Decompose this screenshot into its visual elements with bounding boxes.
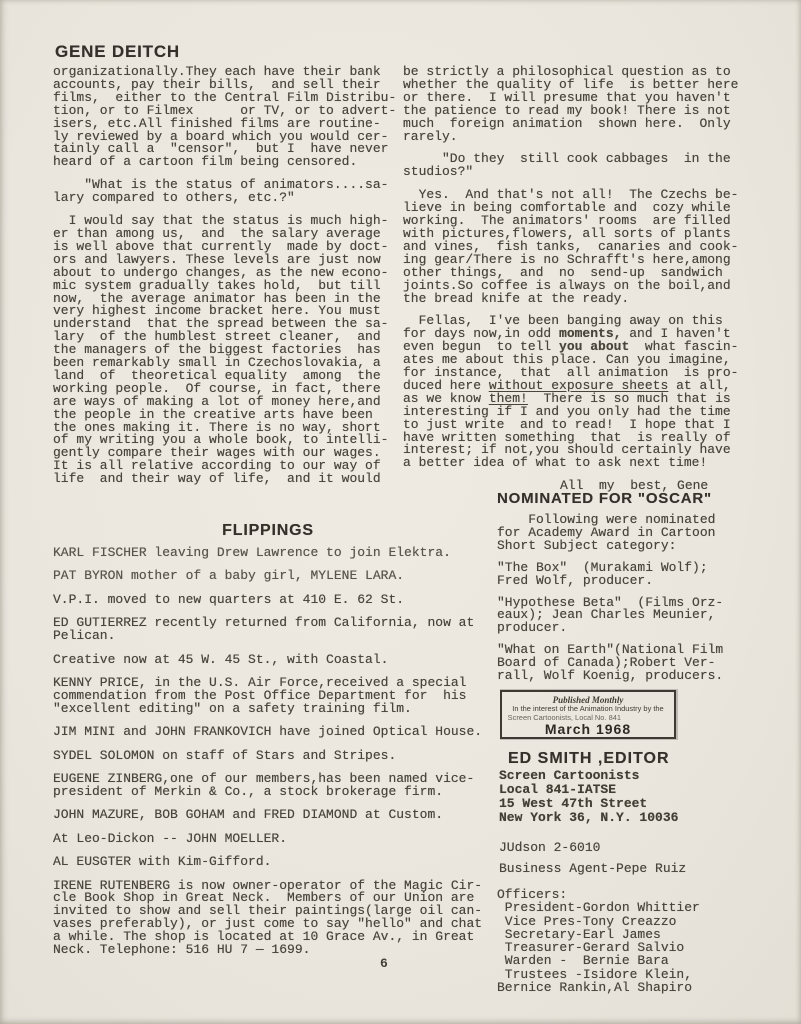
flippings-list: KARL FISCHER leaving Drew Lawrence to jo… [53,547,513,967]
flippings-item: ED GUTIERREZ recently returned from Cali… [53,617,513,643]
article-left-column: organizationally.They each have their ba… [53,66,403,486]
flippings-item: KENNY PRICE, in the U.S. Air Force,recei… [53,677,513,716]
editor-address: Screen Cartoonists Local 841-IATSE 15 We… [499,769,678,825]
article-paragraph: Fellas, I've been banging away on this f… [403,315,778,470]
article-right-column: be strictly a philosophical question as … [403,66,778,493]
oscar-entry: "The Box" (Murakami Wolf); Fred Wolf, pr… [497,562,787,588]
officers-list: Officers: President-Gordon Whittier Vice… [497,888,700,994]
editor-phone: JUdson 2-6010 [499,842,600,855]
flippings-title: FLIPPINGS [53,522,483,540]
article-paragraph: be strictly a philosophical question as … [403,66,778,143]
flippings-item: EUGENE ZINBERG,one of our members,has be… [53,773,513,799]
flippings-item: AL EUSGTER with Kim-Gifford. [53,856,513,869]
oscar-section: NOMINATED FOR "OSCAR" Following were nom… [497,490,787,683]
flippings-item: IRENE RUTENBERG is now owner-operator of… [53,880,513,957]
oscar-intro: Following were nominated for Academy Awa… [497,514,787,553]
flippings-item: PAT BYRON mother of a baby girl, MYLENE … [53,570,513,583]
flippings-item: KARL FISCHER leaving Drew Lawrence to jo… [53,547,513,560]
masthead-local-line: Screen Cartoonists, Local No. 841 [508,714,669,722]
masthead-box: Published Monthly In the interest of the… [500,690,676,739]
flippings-item: Creative now at 45 W. 45 St., with Coast… [53,654,513,667]
article-paragraph: Yes. And that's not all! The Czechs be- … [403,189,778,305]
flippings-item: SYDEL SOLOMON on staff of Stars and Stri… [53,750,513,763]
business-agent: Business Agent-Pepe Ruiz [499,863,686,876]
flippings-item: JOHN MAZURE, BOB GOHAM and FRED DIAMOND … [53,809,513,822]
oscar-entry: "What on Earth"(National Film Board of C… [497,644,787,683]
flippings-item: V.P.I. moved to new quarters at 410 E. 6… [53,594,513,607]
masthead-date: March 1968 [506,722,670,737]
article-paragraph: I would say that the status is much high… [53,215,403,486]
article-paragraph: "Do they still cook cabbages in the stud… [403,153,778,179]
newsletter-page: GENE DEITCH organizationally.They each h… [0,0,801,1024]
article-paragraph: "What is the status of animators....sa- … [53,179,403,205]
flippings-item: At Leo-Dickon -- JOHN MOELLER. [53,833,513,846]
oscar-entry: "Hypothese Beta" (Films Orz- eaux); Jean… [497,597,787,636]
oscar-title: NOMINATED FOR "OSCAR" [497,490,787,507]
flippings-item: JIM MINI and JOHN FRANKOVICH have joined… [53,726,513,739]
page-number: 6 [380,956,388,971]
article-paragraph: organizationally.They each have their ba… [53,66,403,169]
editor-title: ED SMITH ,EDITOR [508,750,670,768]
article-title: GENE DEITCH [55,42,180,62]
